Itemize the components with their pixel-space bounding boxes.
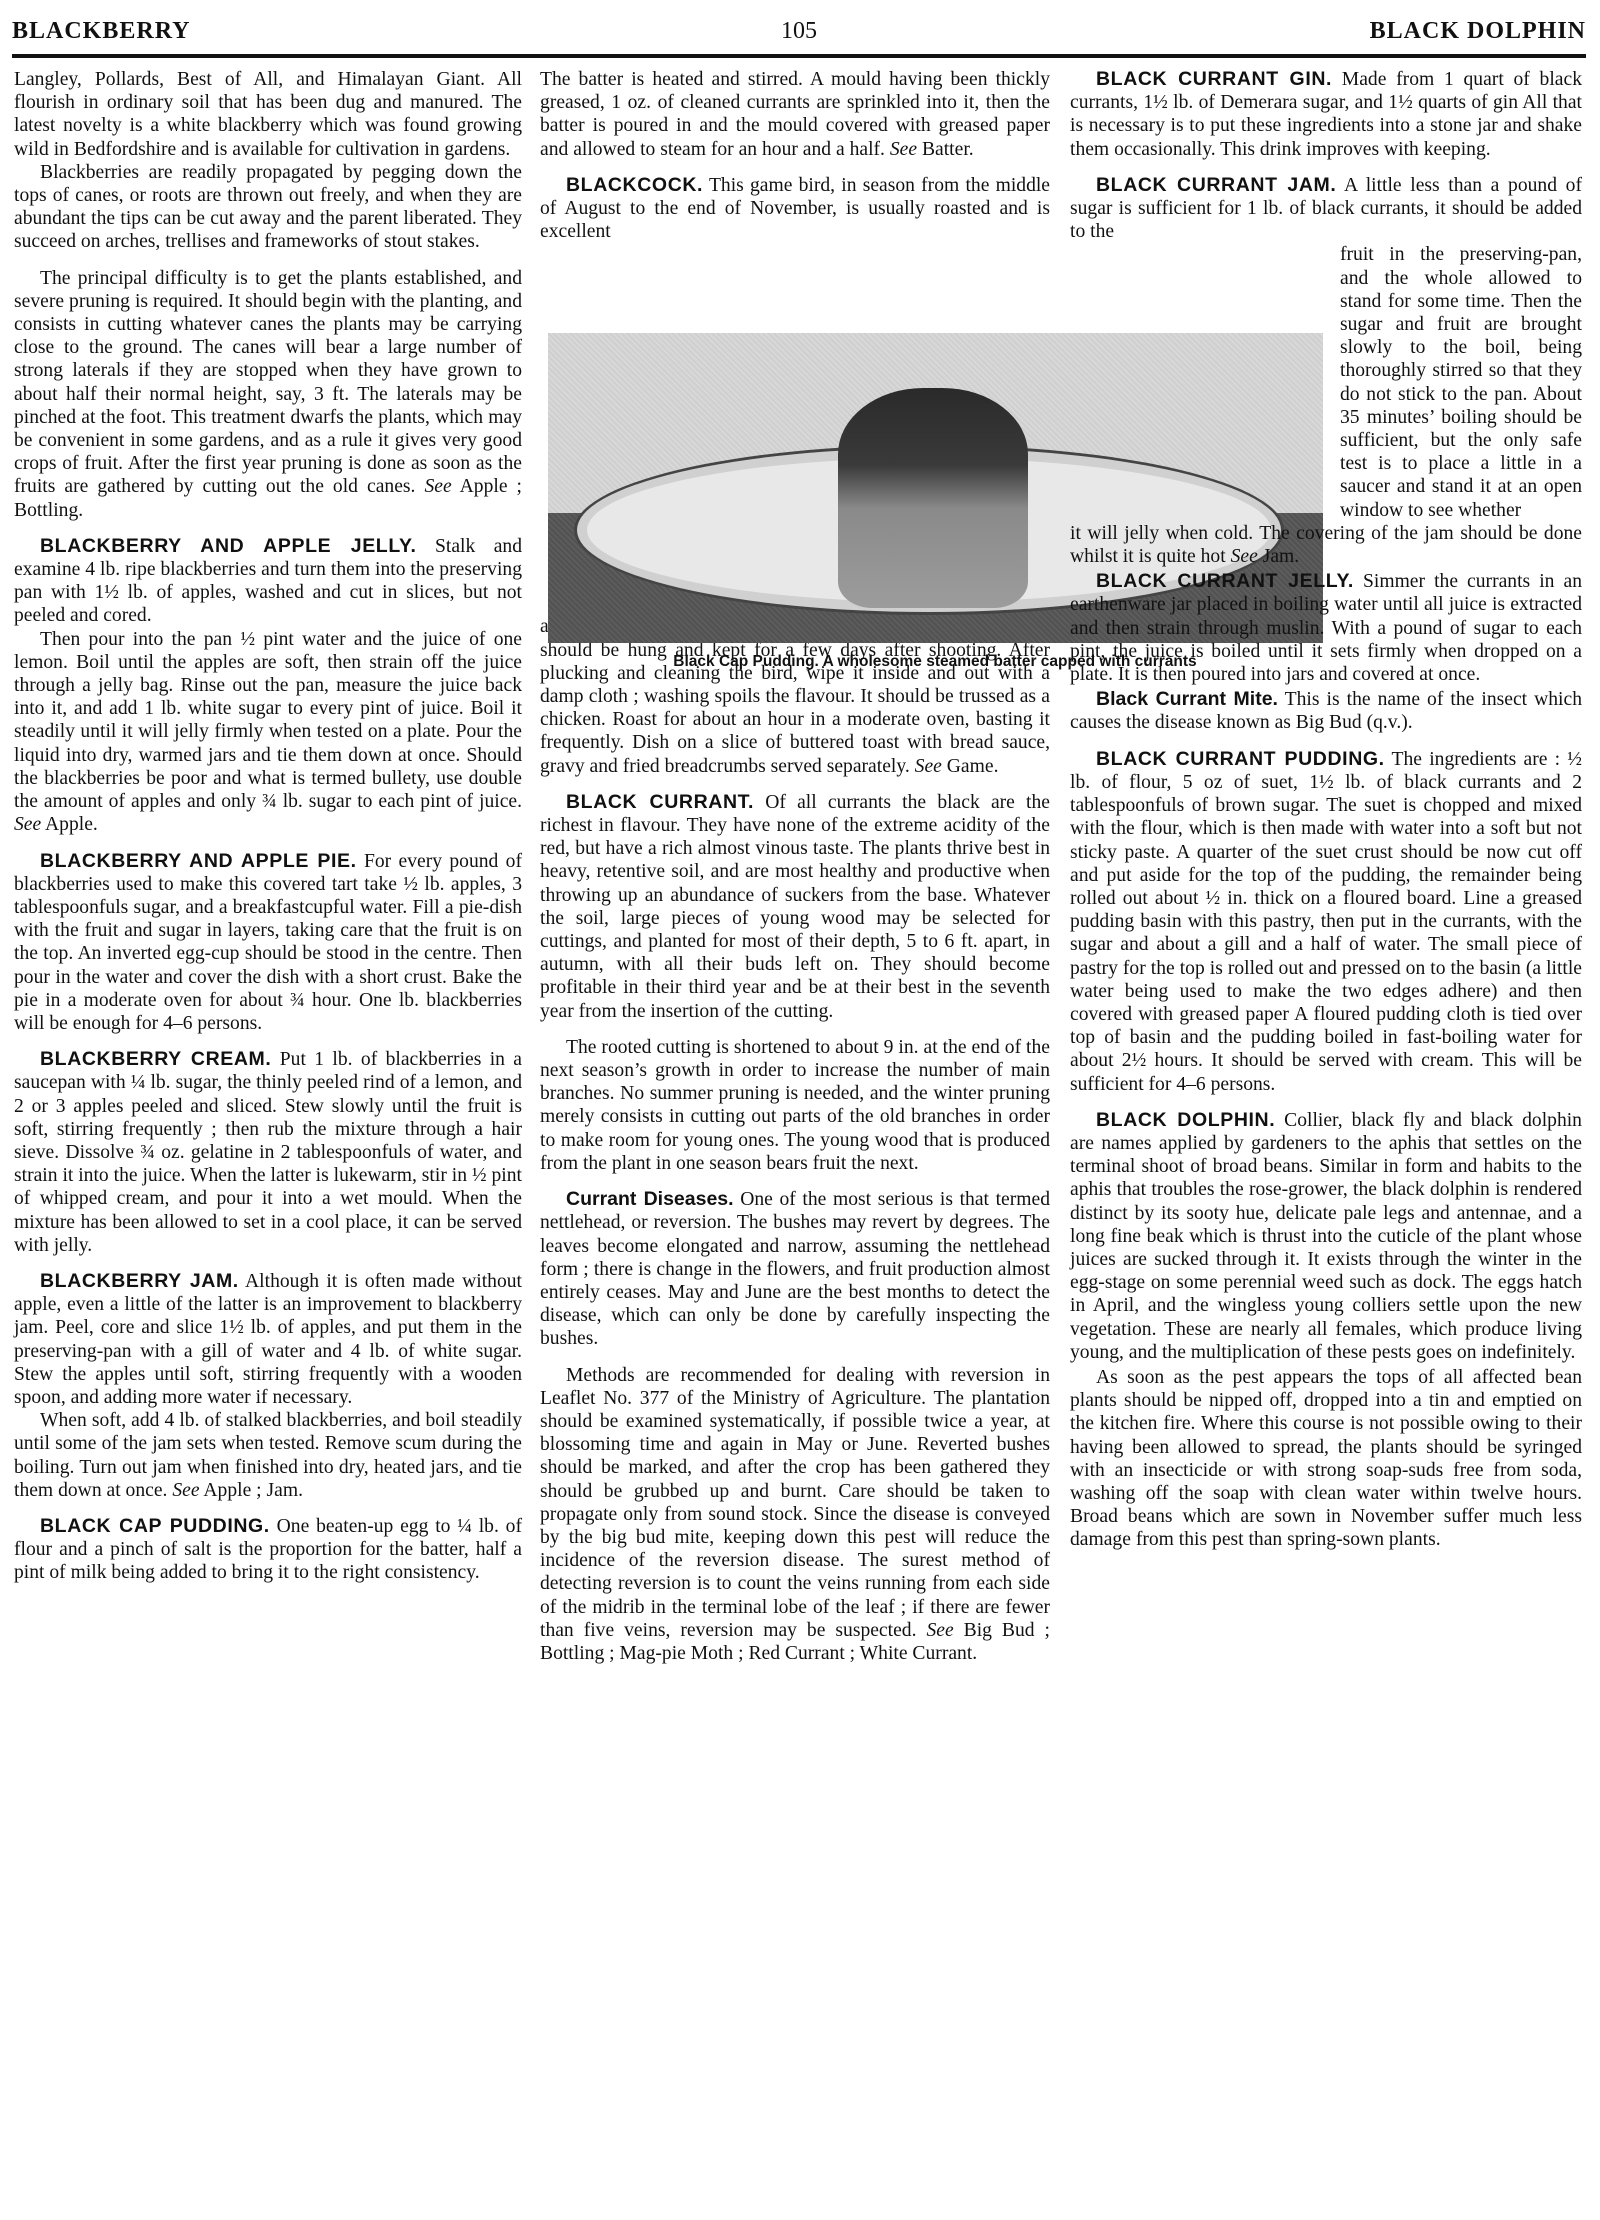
- cross-reference: Batter.: [922, 139, 974, 160]
- headword: BLACK CURRANT PUDDING.: [1096, 748, 1385, 770]
- column-3: BLACK CURRANT GIN. Made from 1 quart of …: [1070, 68, 1582, 1552]
- entry-black-currant-gin: BLACK CURRANT GIN. Made from 1 quart of …: [1070, 68, 1582, 161]
- black-cap-pudding-continued: The batter is heated and stirred. A moul…: [540, 68, 1050, 161]
- cross-reference: Apple.: [45, 814, 98, 835]
- entry-currant-diseases: Currant Diseases. One of the most seriou…: [540, 1188, 1050, 1350]
- headword: BLACK CURRANT.: [566, 791, 754, 813]
- see-reference: See: [915, 756, 942, 777]
- entry-blackcock: BLACKCOCK. This game bird, in season fro…: [540, 174, 1050, 244]
- entry-black-currant-jam: BLACK CURRANT JAM. A little less than a …: [1070, 174, 1582, 244]
- column-1: Langley, Pollards, Best of All, and Hima…: [14, 68, 522, 1585]
- entry-body: Then pour into the pan ½ pint water and …: [14, 628, 522, 837]
- entry-body: As soon as the pest appears the tops of …: [1070, 1366, 1582, 1552]
- entry-blackberry-cream: BLACKBERRY CREAM. Put 1 lb. of blackberr…: [14, 1048, 522, 1257]
- headword: BLACKCOCK.: [566, 174, 703, 196]
- see-reference: See: [14, 814, 41, 835]
- entry-body: When soft, add 4 lb. of stalked blackber…: [14, 1409, 522, 1502]
- subheadword: Currant Diseases.: [566, 1188, 734, 1210]
- headword: BLACK CAP PUDDING.: [40, 1515, 270, 1537]
- right-guide-word: BLACK DOLPHIN: [1370, 18, 1586, 45]
- pudding-image: [838, 388, 1028, 608]
- see-reference: See: [172, 1480, 199, 1501]
- headword: BLACKBERRY AND APPLE PIE.: [40, 850, 357, 872]
- cross-reference: Apple ; Jam.: [203, 1480, 303, 1501]
- page-number: 105: [781, 18, 817, 45]
- cross-reference: Jam.: [1263, 546, 1299, 567]
- see-reference: See: [1231, 546, 1258, 567]
- headword: BLACKBERRY CREAM.: [40, 1048, 271, 1070]
- left-guide-word: BLACKBERRY: [12, 18, 191, 45]
- entry-black-dolphin: BLACK DOLPHIN. Collier, black fly and bl…: [1070, 1109, 1582, 1364]
- entry-blackberry-jam: BLACKBERRY JAM. Although it is often mad…: [14, 1270, 522, 1409]
- column-2: The batter is heated and stirred. A moul…: [540, 68, 1050, 1665]
- entry-blackberry-apple-pie: BLACKBERRY AND APPLE PIE. For every poun…: [14, 850, 522, 1036]
- blackberry-pruning: The principal difficulty is to get the p…: [14, 267, 522, 522]
- entry-black-currant: BLACK CURRANT. Of all currants the black…: [540, 791, 1050, 1023]
- headword: BLACK CURRANT JAM.: [1096, 174, 1336, 196]
- entry-body: Methods are recommended for dealing with…: [540, 1364, 1050, 1666]
- see-reference: See: [424, 476, 451, 497]
- subheadword: Black Currant Mite.: [1096, 688, 1278, 710]
- cross-reference: Game.: [947, 756, 999, 777]
- headword: BLACK CURRANT GIN.: [1096, 68, 1332, 90]
- entry-black-currant-pudding: BLACK CURRANT PUDDING. The ingredients a…: [1070, 748, 1582, 1096]
- entry-blackberry-apple-jelly: BLACKBERRY AND APPLE JELLY. Stalk and ex…: [14, 535, 522, 628]
- headword: BLACK CURRANT JELLY.: [1096, 570, 1354, 592]
- headword: BLACK DOLPHIN.: [1096, 1109, 1275, 1131]
- running-head: BLACKBERRY 105 BLACK DOLPHIN: [12, 14, 1586, 48]
- headword: BLACKBERRY AND APPLE JELLY.: [40, 535, 417, 557]
- entry-black-cap-pudding: BLACK CAP PUDDING. One beaten-up egg to …: [14, 1515, 522, 1585]
- entry-black-currant-jelly: BLACK CURRANT JELLY. Simmer the currants…: [1070, 570, 1582, 686]
- jam-continued: it will jelly when cold. The covering of…: [1070, 522, 1582, 568]
- blackberry-propagation: Blackberries are readily propagated by p…: [14, 161, 522, 254]
- entry-body: The rooted cutting is shortened to about…: [540, 1036, 1050, 1175]
- jam-wrapped-text: fruit in the preserving-pan, and the who…: [1340, 243, 1582, 521]
- see-reference: See: [890, 139, 917, 160]
- headword: BLACKBERRY JAM.: [40, 1270, 239, 1292]
- blackberry-continued: Langley, Pollards, Best of All, and Hima…: [14, 68, 522, 161]
- header-rule: [12, 54, 1586, 58]
- see-reference: See: [926, 1620, 953, 1641]
- entry-black-currant-mite: Black Currant Mite. This is the name of …: [1070, 688, 1582, 734]
